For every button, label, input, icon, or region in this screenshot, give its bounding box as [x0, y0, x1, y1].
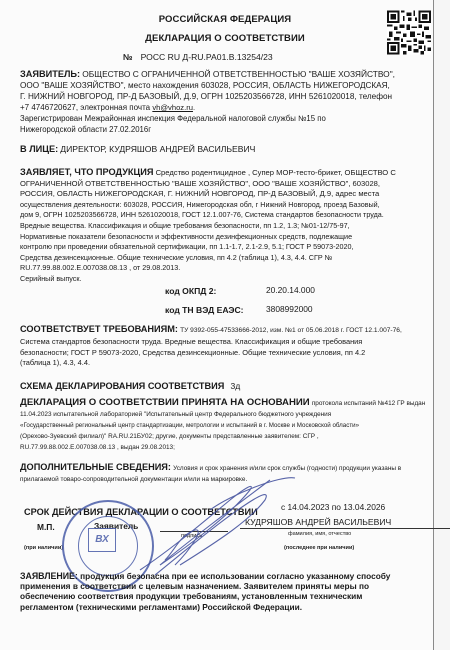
represented-by-label: В ЛИЦЕ: [20, 144, 58, 154]
product-label: ЗАЯВЛЯЕТ, ЧТО ПРОДУКЦИЯ [20, 167, 153, 177]
product-line-1: ОГРАНИЧЕННОЙ ОТВЕТСТВЕННОСТЬЮ "ВАШЕ ХОЗЯ… [20, 179, 380, 188]
product-line-8: Средства дезинсекционные. Общие техничес… [20, 253, 332, 262]
handwritten-signature-icon [120, 470, 300, 580]
statement-label: ЗАЯВЛЕНИЕ: [20, 571, 78, 581]
requirements-line-2: Система стандартов безопасности труда. В… [20, 337, 362, 346]
seal-label: М.П. [37, 522, 55, 532]
basis-line-3: «Государственный региональный центр стан… [20, 422, 359, 429]
requirements-line-3: безопасности; ГОСТ Р 59073-2020, Средств… [20, 348, 365, 357]
requirements-line-4: (таблица 1), 4.3, 4.4. [20, 358, 90, 367]
scheme-section: СХЕМА ДЕКЛАРИРОВАНИЯ СООТВЕТСТВИЯ 3д [20, 381, 432, 392]
applicant-email-link[interactable]: vh@vhoz.ru [152, 103, 193, 112]
tnved-value: 3808992000 [266, 304, 313, 314]
represented-by-value: ДИРЕКТОР, КУДРЯШОВ АНДРЕЙ ВАСИЛЬЕВИЧ [60, 144, 255, 154]
statement-line-2: применения в соответствии с целевым назн… [20, 581, 369, 591]
page-edge-line [433, 0, 434, 650]
document-title: ДЕКЛАРАЦИЯ О СООТВЕТСТВИИ [0, 33, 450, 44]
if-any-caption: (при наличии) [24, 545, 63, 551]
registration-line-2: Нижегородской области 27.02.2016г [20, 125, 151, 134]
applicant-name: ОБЩЕСТВО С ОГРАНИЧЕННОЙ ОТВЕТСТВЕННОСТЬЮ… [82, 69, 395, 79]
product-line-2: РОССИЯ, ОБЛАСТЬ НИЖЕГОРОДСКАЯ, Г. НИЖНИЙ… [20, 189, 379, 198]
applicant-section: ЗАЯВИТЕЛЬ: ОБЩЕСТВО С ОГРАНИЧЕННОЙ ОТВЕТ… [20, 69, 432, 135]
scheme-label: СХЕМА ДЕКЛАРИРОВАНИЯ СООТВЕТСТВИЯ [20, 381, 224, 391]
product-line-5: Вредные вещества. Классификация и общие … [20, 221, 350, 230]
product-section: ЗАЯВЛЯЕТ, ЧТО ПРОДУКЦИЯ Средство роденти… [20, 167, 432, 285]
page-margin [434, 0, 450, 650]
basis-line-5: RU.77.99.88.002.Е.007038.08.13 , выдан 2… [20, 444, 175, 451]
basis-line-4: (Орехово-Зуевский филиал)" RA.RU.21БУ02;… [20, 433, 319, 440]
number-prefix: № [123, 52, 133, 62]
basis-section: ДЕКЛАРАЦИЯ О СООТВЕТСТВИИ ПРИНЯТА НА ОСН… [20, 398, 432, 453]
product-line-10: Серийный выпуск. [20, 274, 82, 283]
basis-label: ДЕКЛАРАЦИЯ О СООТВЕТСТВИИ ПРИНЯТА НА ОСН… [20, 397, 310, 408]
basis-line-2: 11.04.2023 испытательной лабораторией "И… [20, 411, 331, 418]
product-line-0: Средство родентицидное , Супер МОР-тесто… [156, 168, 396, 177]
basis-line-1: протокола испытаний №412 ГР выдан [312, 400, 425, 407]
statement-line-4: регламентом (техническими регламентами) … [20, 602, 302, 612]
scheme-value: 3д [231, 381, 241, 391]
product-line-6: Нормативные показатели безопасности и эф… [20, 232, 352, 241]
requirements-label: СООТВЕТСТВУЕТ ТРЕБОВАНИЯМ: [20, 324, 178, 334]
stamp-logo-icon: ВХ [88, 528, 116, 552]
applicant-label: ЗАЯВИТЕЛЬ: [20, 69, 80, 79]
statement-line-1: продукция безопасна при ее использовании… [80, 571, 390, 581]
registration-line-1: Зарегистрирован Межрайонная инспекция Фе… [20, 114, 326, 123]
applicant-address-2: Г. НИЖНИЙ НОВГОРОД, ПР-Д БАЗОВЫЙ, Д.9, О… [20, 92, 392, 101]
represented-by-section: В ЛИЦЕ: ДИРЕКТОР, КУДРЯШОВ АНДРЕЙ ВАСИЛЬ… [20, 144, 432, 155]
applicant-phone: +7 4746720627, электронная почта [20, 103, 152, 112]
declaration-number: №РОСС RU Д-RU.РА01.В.13254/23 [123, 52, 273, 62]
okpd-label: код ОКПД 2: [165, 286, 216, 296]
tnved-label: код ТН ВЭД ЕАЭС: [165, 305, 244, 315]
product-line-4: дом 9, ОГРН 1025203566728, ИНН 526102001… [20, 210, 384, 219]
requirements-line-1: ТУ 9392-055-47533666-2012, изм. №1 от 05… [180, 327, 402, 334]
declaration-page: РОССИЙСКАЯ ФЕДЕРАЦИЯ ДЕКЛАРАЦИЯ О СООТВЕ… [0, 0, 450, 650]
requirements-section: СООТВЕТСТВУЕТ ТРЕБОВАНИЯМ: ТУ 9392-055-4… [20, 324, 432, 369]
number-value: РОСС RU Д-RU.РА01.В.13254/23 [141, 52, 273, 62]
okpd-value: 20.20.14.000 [266, 285, 315, 295]
country-title: РОССИЙСКАЯ ФЕДЕРАЦИЯ [0, 14, 450, 25]
product-line-9: RU.77.99.88.002.Е.007038.08.13 , от 29.0… [20, 263, 180, 272]
product-line-3: осуществления деятельности: 603028, РОСС… [20, 200, 380, 209]
statement-line-3: обеспечению соответствия продукции требо… [20, 591, 362, 601]
product-line-7: контролю при проведении обязательной сер… [20, 242, 354, 251]
statement-section: ЗАЯВЛЕНИЕ: продукция безопасна при ее ис… [20, 571, 432, 612]
applicant-email-suffix: . [193, 103, 195, 112]
applicant-address-1: ООО "ВАШЕ ХОЗЯЙСТВО", место нахождения 6… [20, 81, 390, 90]
